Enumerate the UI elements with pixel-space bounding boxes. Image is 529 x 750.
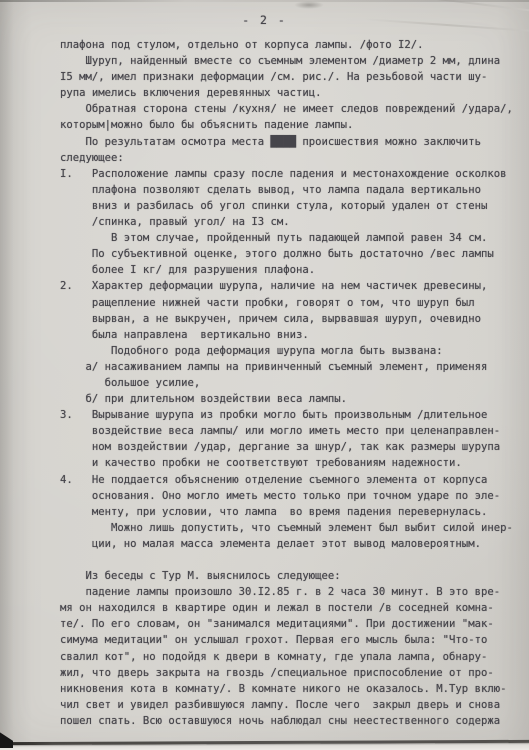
paragraph-screw: Шуруп, найденный вместе со съемным элеме… [60,53,522,101]
text-line: падение лампы произошло 30.I2.85 г. в 2 … [60,584,522,600]
paragraph-interview: падение лампы произошло 30.I2.85 г. в 2 … [60,584,522,729]
text-line: 4. Не поддается объяснению отделение съе… [60,472,522,488]
text-line: Обратная сторона стены /кухня/ не имеет … [60,101,522,117]
paragraph-conclusion-intro: По результатам осмотра места ████ происш… [60,134,522,166]
document-body: плафона под стулом, отдельно от корпуса … [60,37,522,729]
text-line: По результатам осмотра места ████ происш… [60,134,522,150]
text-line: свалил кот", но подойдя к двери в комнат… [60,649,522,665]
blank-gap [60,552,522,568]
text-line: б/ при длительном воздействии веса лампы… [60,391,522,407]
list-item-2: 2. Характер деформации шурупа, наличие н… [60,278,522,407]
text-line: менту, при условии, что лампа во время п… [60,504,522,520]
text-line: 2. Характер деформации шурупа, наличие н… [60,278,522,294]
text-line [60,552,522,568]
scan-shadow-left [0,0,14,750]
text-line: никновения кота в комнату/. В комнате ни… [60,681,522,697]
text-line: I5 мм/, имел признаки деформации /см. ри… [60,69,522,85]
text-line: ном воздействии /удар, дергание за шнур/… [60,439,522,455]
text-line: 3. Вырывание шурупа из пробки могло быть… [60,407,522,423]
text-line: основания. Оно могло иметь место только … [60,488,522,504]
text-line: Шуруп, найденный вместе со съемным элеме… [60,53,522,69]
text-line: симума медитации" он услышал грохот. Пер… [60,632,522,648]
text-line: чил свет и увидел разбившуюся лампу. Пос… [60,697,522,713]
text-line: I. Расположение лампы сразу после падени… [60,166,522,182]
text-line: более I кг/ для разрушения плафона. [60,262,522,278]
text-line: В этом случае, пройденный путь падающей … [60,230,522,246]
text-line: плафона позволяют сделать вывод, что лам… [60,182,522,198]
text-line: пошел спать. Всю оставшуюся ночь наблюда… [60,713,522,729]
list-item-3: 3. Вырывание шурупа из пробки могло быть… [60,407,522,471]
paragraph-continued: плафона под стулом, отдельно от корпуса … [60,37,522,53]
text-line: рупа имелись включения деревянных частиц… [60,85,522,101]
text-line: Подобного рода деформация шурупа могла б… [60,343,522,359]
paragraph-interview-intro: Из беседы с Тур М. выяснилось следующее: [60,568,522,584]
text-line: Из беседы с Тур М. выяснилось следующее: [60,568,522,584]
text-line: /спинка, правый угол/ на I3 см. [60,214,522,230]
text-line: вырван, а не выкручен, причем сила, вырв… [60,311,522,327]
page-number: - 2 - [0,13,529,27]
text-line: и качество пробки не соответствуют требо… [60,455,522,471]
list-item-1: I. Расположение лампы сразу после падени… [60,166,522,279]
text-line: большое усилие, [60,375,522,391]
paragraph-wall: Обратная сторона стены /кухня/ не имеет … [60,101,522,133]
scanned-document-page: - 2 - плафона под стулом, отдельно от ко… [0,0,529,750]
paper-smudge [294,1,324,9]
text-line: была направлена вертикально вниз. [60,327,522,343]
text-line: ции, но малая масса элемента делает этот… [60,536,522,552]
text-line: ращепление нижней части пробки, говорят … [60,295,522,311]
text-line: По субъективной оценке, этого должно быт… [60,246,522,262]
text-line: мя он находился в квартире один и лежал … [60,600,522,616]
text-line: Можно лишь допустить, что съемный элемен… [60,520,522,536]
text-line: следующее: [60,150,522,166]
text-line: те/. По его словам, он "занимался медита… [60,616,522,632]
text-line: плафона под стулом, отдельно от корпуса … [60,37,522,53]
text-line: а/ насаживанием лампы на привинченный съ… [60,359,522,375]
text-line: которым|можно было бы объяснить падение … [60,117,522,133]
list-item-4: 4. Не поддается объяснению отделение съе… [60,472,522,552]
text-line: воздействие веса лампы/ или могло иметь … [60,423,522,439]
text-line: жил, что дверь закрыта на гвоздь /специа… [60,665,522,681]
text-line: вниз и разбилась об угол спинки стула, к… [60,198,522,214]
